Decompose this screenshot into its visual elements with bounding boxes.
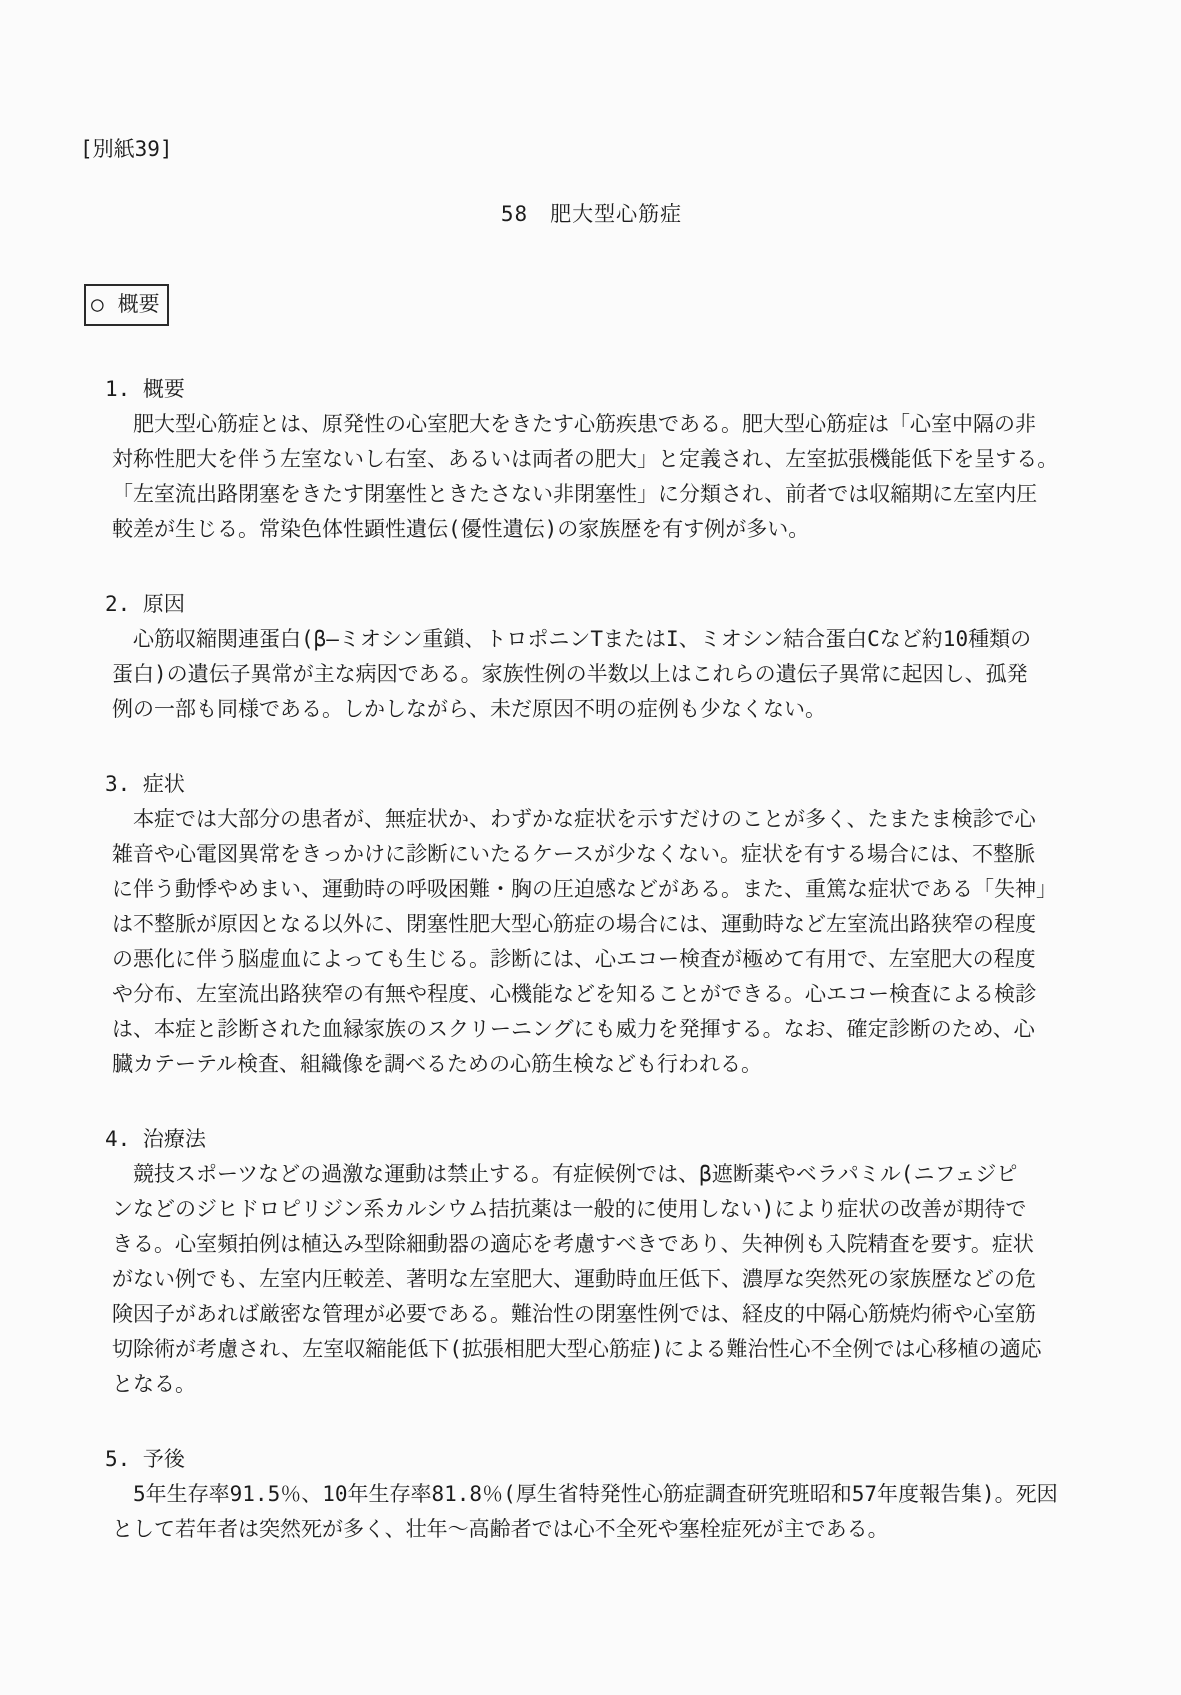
section-body: 肥大型心筋症とは、原発性の心室肥大をきたす心筋疾患である。肥大型心筋症は「心室中… — [112, 407, 1103, 547]
section-symptoms: 3. 症状 本症では大部分の患者が、無症状か、わずかな症状を示すだけのことが多く… — [80, 767, 1103, 1082]
overview-box: ○概要 — [84, 284, 169, 326]
section-prognosis: 5. 予後 5年生存率91.5％、10年生存率81.8％(厚生省特発性心筋症調査… — [80, 1442, 1103, 1547]
section-heading: 3. 症状 — [105, 767, 1103, 802]
section-treatment: 4. 治療法 競技スポーツなどの過激な運動は禁止する。有症候例では、β遮断薬やベ… — [80, 1122, 1103, 1402]
section-body: 競技スポーツなどの過激な運動は禁止する。有症候例では、β遮断薬やベラパミル(ニフ… — [112, 1157, 1103, 1402]
section-cause: 2. 原因 心筋収縮関連蛋白(β―ミオシン重鎖、トロポニンTまたはI、ミオシン結… — [80, 587, 1103, 727]
overview-box-label: 概要 — [118, 292, 160, 316]
document-page: [別紙39] 58 肥大型心筋症 ○概要 1. 概要 肥大型心筋症とは、原発性の… — [0, 0, 1181, 1695]
circle-marker-icon: ○ — [91, 292, 104, 316]
attachment-label: [別紙39] — [80, 132, 1103, 167]
section-body: 本症では大部分の患者が、無症状か、わずかな症状を示すだけのことが多く、たまたま検… — [112, 802, 1103, 1082]
section-body: 心筋収縮関連蛋白(β―ミオシン重鎖、トロポニンTまたはI、ミオシン結合蛋白Cなど… — [112, 622, 1103, 727]
section-heading: 1. 概要 — [105, 372, 1103, 407]
section-overview: 1. 概要 肥大型心筋症とは、原発性の心室肥大をきたす心筋疾患である。肥大型心筋… — [80, 372, 1103, 547]
section-heading: 5. 予後 — [105, 1442, 1103, 1477]
section-body: 5年生存率91.5％、10年生存率81.8％(厚生省特発性心筋症調査研究班昭和5… — [112, 1477, 1103, 1547]
page-title: 58 肥大型心筋症 — [80, 197, 1103, 232]
section-heading: 4. 治療法 — [105, 1122, 1103, 1157]
section-heading: 2. 原因 — [105, 587, 1103, 622]
